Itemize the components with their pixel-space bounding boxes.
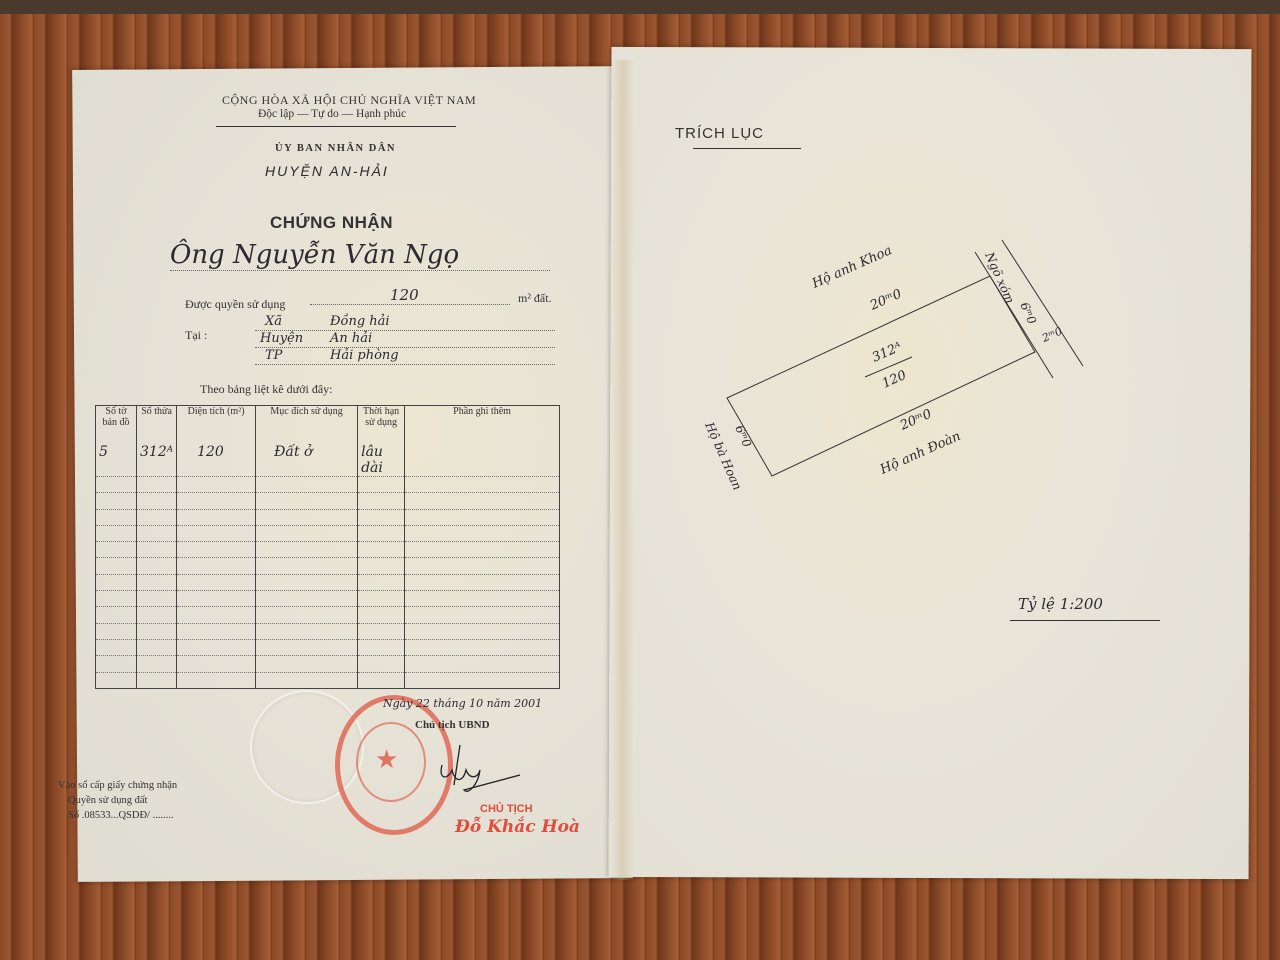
table-row-empty: [96, 607, 560, 623]
registry-line-2: Quyền sử dụng đất: [68, 795, 147, 806]
background-top-band: [0, 0, 1280, 14]
cell-area: 120: [177, 444, 256, 477]
certificate-title: CHỨNG NHẬN: [270, 213, 393, 233]
lane-line-inner: [975, 252, 1053, 378]
table-row-empty: [96, 493, 560, 509]
table-header-row: Số tờ bản đồ Số thửa Diện tích (m²) Mục …: [96, 406, 560, 445]
district-prefix: Huyện: [260, 331, 303, 346]
stamp-star-icon: ★: [375, 745, 398, 775]
table-row: 5 312ᴬ 120 Đất ở lâu dài: [96, 444, 560, 477]
cell-notes: [405, 444, 560, 477]
registry-line-1: Vào sổ cấp giấy chứng nhận: [58, 780, 177, 791]
registry-number: Số .08533...QSDĐ/ ........: [68, 810, 174, 821]
owner-name: Ông Nguyễn Văn Ngọ: [170, 240, 550, 271]
usage-right-label: Được quyền sử dụng: [185, 297, 285, 312]
signer-name: Đỗ Khắc Hoà: [455, 817, 580, 837]
table-row-empty: [96, 574, 560, 590]
national-motto: Độc lập — Tự do — Hạnh phúc: [258, 108, 406, 120]
table-row-empty: [96, 639, 560, 655]
cell-parcel-no: 312ᴬ: [137, 444, 177, 477]
map-scale: Tỷ lệ 1:200: [1018, 595, 1103, 613]
lane-line-outer: [1002, 240, 1083, 366]
city-value: Hải phòng: [330, 348, 399, 363]
location-city: TP Hải phòng: [255, 348, 555, 365]
usage-area-unit: m² đất.: [518, 291, 552, 306]
table-row-empty: [96, 623, 560, 639]
table-intro: Theo bảng liệt kê dưới đây:: [200, 382, 332, 397]
location-lines: Xã Đồng hải Huyện An hải TP Hải phòng: [255, 314, 555, 365]
stamp-chairman-title: CHỦ TỊCH: [480, 803, 533, 815]
location-label: Tại :: [185, 328, 207, 343]
handwritten-signature: [420, 740, 530, 800]
location-district: Huyện An hải: [255, 331, 555, 348]
national-title: CỘNG HÒA XÃ HỘI CHỦ NGHĨA VIỆT NAM: [222, 93, 476, 108]
land-parcel-table: Số tờ bản đồ Số thửa Diện tích (m²) Mục …: [95, 405, 560, 689]
table-row-empty: [96, 558, 560, 574]
header-divider: [216, 126, 456, 127]
col-purpose: Mục đích sử dụng: [256, 406, 358, 445]
col-duration: Thời hạn sử dụng: [358, 406, 405, 445]
cell-duration: lâu dài: [358, 444, 405, 477]
cell-purpose: Đất ở: [256, 444, 358, 477]
table-row-empty: [96, 591, 560, 607]
authority-label: ỦY BAN NHÂN DÂN: [275, 143, 396, 154]
commune-prefix: Xã: [265, 314, 282, 329]
table-row-empty: [96, 656, 560, 672]
table-row-empty: [96, 525, 560, 541]
page-fold-crease: [612, 60, 634, 880]
col-map-sheet: Số tờ bản đồ: [96, 406, 137, 445]
signatory-role: Chủ tịch UBND: [415, 719, 490, 731]
col-parcel-no: Số thửa: [137, 406, 177, 445]
issue-date: Ngày 22 tháng 10 năm 2001: [383, 697, 542, 710]
map-scale-underline: [1010, 620, 1160, 621]
table-row-empty: [96, 509, 560, 525]
table-row-empty: [96, 542, 560, 558]
commune-value: Đồng hải: [330, 314, 390, 329]
table-row-empty: [96, 672, 560, 688]
table-row-empty: [96, 477, 560, 493]
district-value: An hải: [330, 331, 372, 346]
location-commune: Xã Đồng hải: [255, 314, 555, 331]
col-notes: Phần ghi thêm: [405, 406, 560, 445]
cell-map-sheet: 5: [96, 444, 137, 477]
city-prefix: TP: [265, 348, 282, 363]
district-name: HUYỆN AN-HẢI: [265, 163, 389, 179]
col-area: Diện tích (m²): [177, 406, 256, 445]
usage-area-value: 120: [310, 286, 510, 305]
